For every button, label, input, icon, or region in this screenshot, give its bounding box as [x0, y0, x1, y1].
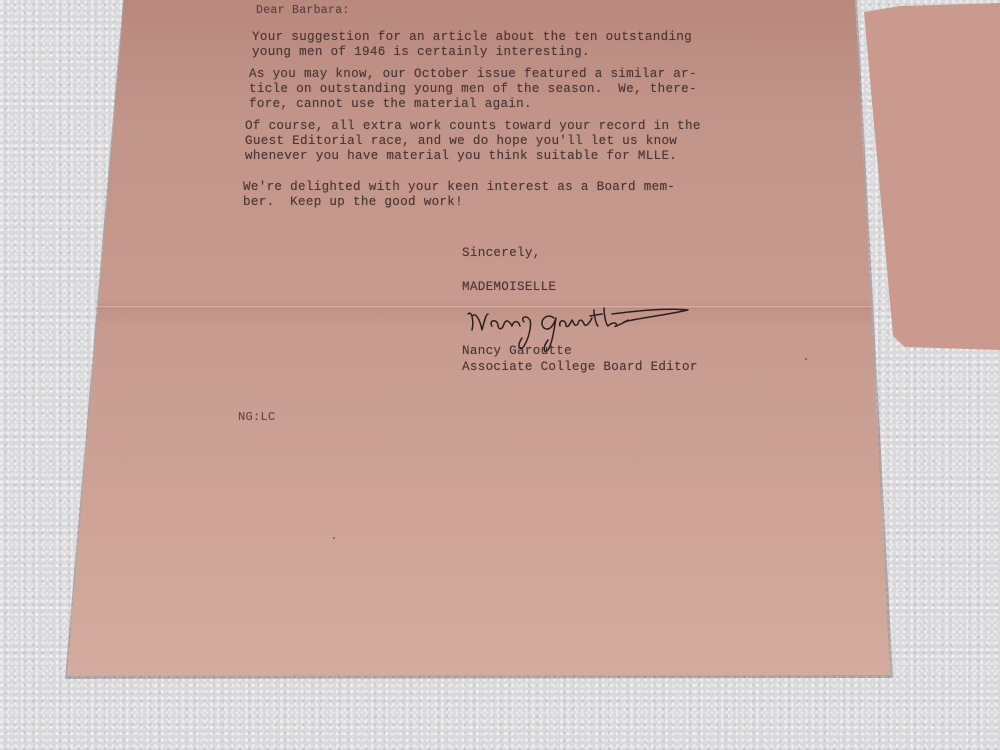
paragraph-line: fore, cannot use the material again. [249, 97, 532, 111]
paragraph-3: Of course, all extra work counts toward … [245, 119, 701, 163]
letter-paper [0, 0, 1000, 750]
salutation: Dear Barbara: [256, 4, 350, 19]
reference-initials: NG:LC [238, 410, 276, 425]
paper-speck [333, 537, 335, 539]
letter: Dear Barbara: Your suggestion for an art… [0, 0, 1000, 750]
paragraph-line: Of course, all extra work counts toward … [245, 119, 701, 133]
signer-title: Associate College Board Editor [462, 360, 698, 375]
paragraph-line: As you may know, our October issue featu… [249, 67, 697, 81]
closing: Sincerely, [462, 246, 541, 261]
paragraph-line: Guest Editorial race, and we do hope you… [245, 134, 677, 148]
paragraph-1: Your suggestion for an article about the… [252, 30, 692, 60]
signer-name: Nancy Garoutte [462, 344, 572, 359]
paragraph-line: whenever you have material you think sui… [245, 149, 677, 163]
paragraph-line: Your suggestion for an article about the… [252, 30, 692, 44]
paragraph-line: young men of 1946 is certainly interesti… [252, 45, 590, 59]
paragraph-line: ber. Keep up the good work! [243, 195, 463, 209]
paper-speck [805, 358, 807, 360]
paragraph-2: As you may know, our October issue featu… [249, 67, 697, 111]
paragraph-line: We're delighted with your keen interest … [243, 180, 675, 194]
company-name: MADEMOISELLE [462, 280, 556, 295]
paragraph-line: ticle on outstanding young men of the se… [249, 82, 697, 96]
paragraph-4: We're delighted with your keen interest … [243, 180, 675, 210]
